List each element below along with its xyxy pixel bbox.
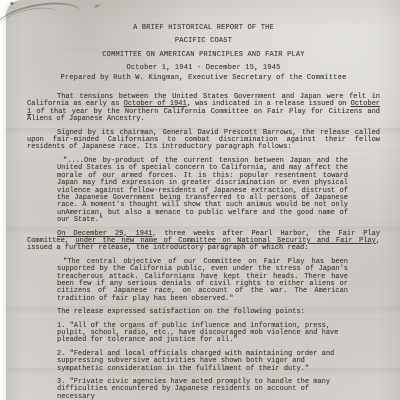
release-quote-2: "The central objective of our Committee …	[57, 259, 348, 303]
point-item-3: 3. "Private civic agencies have acted pr…	[57, 379, 348, 400]
scanned-document-photo: A BRIEF HISTORICAL REPORT OF THE PACIFIC…	[0, 0, 400, 400]
report-date-range: October 1, 1941 - December 15, 1945	[27, 65, 380, 72]
document-page: A BRIEF HISTORICAL REPORT OF THE PACIFIC…	[6, 0, 400, 400]
december-release-paragraph: On December 29, 1941, three weeks after …	[27, 231, 380, 253]
report-byline: Prepared by Ruth W. Kingman, Executive S…	[27, 75, 380, 82]
report-heading: A BRIEF HISTORICAL REPORT OF THE PACIFIC…	[27, 25, 380, 82]
point-item-1: 1. "All of the organs of public influenc…	[57, 323, 348, 345]
opening-paragraph: That tensions between the United States …	[27, 94, 380, 124]
satisfaction-points-list: The release expressed satisfaction on th…	[57, 309, 348, 400]
release-quote-1: "....One by-product of the current tensi…	[57, 158, 348, 225]
points-intro: The release expressed satisfaction on th…	[57, 309, 348, 316]
report-title-line-3: COMMITTEE ON AMERICAN PRINCIPLES AND FAI…	[27, 52, 380, 59]
report-title-line-2: PACIFIC COAST	[27, 38, 380, 45]
report-title-line-1: A BRIEF HISTORICAL REPORT OF THE	[27, 25, 380, 32]
document-content: A BRIEF HISTORICAL REPORT OF THE PACIFIC…	[6, 0, 400, 400]
point-item-2: 2. "Federal and local officials charged …	[57, 351, 348, 373]
signed-by-chairman-paragraph: Signed by its chairman, General David Pr…	[27, 130, 380, 152]
paragraph-text: of that year by the Northern California …	[27, 108, 380, 123]
